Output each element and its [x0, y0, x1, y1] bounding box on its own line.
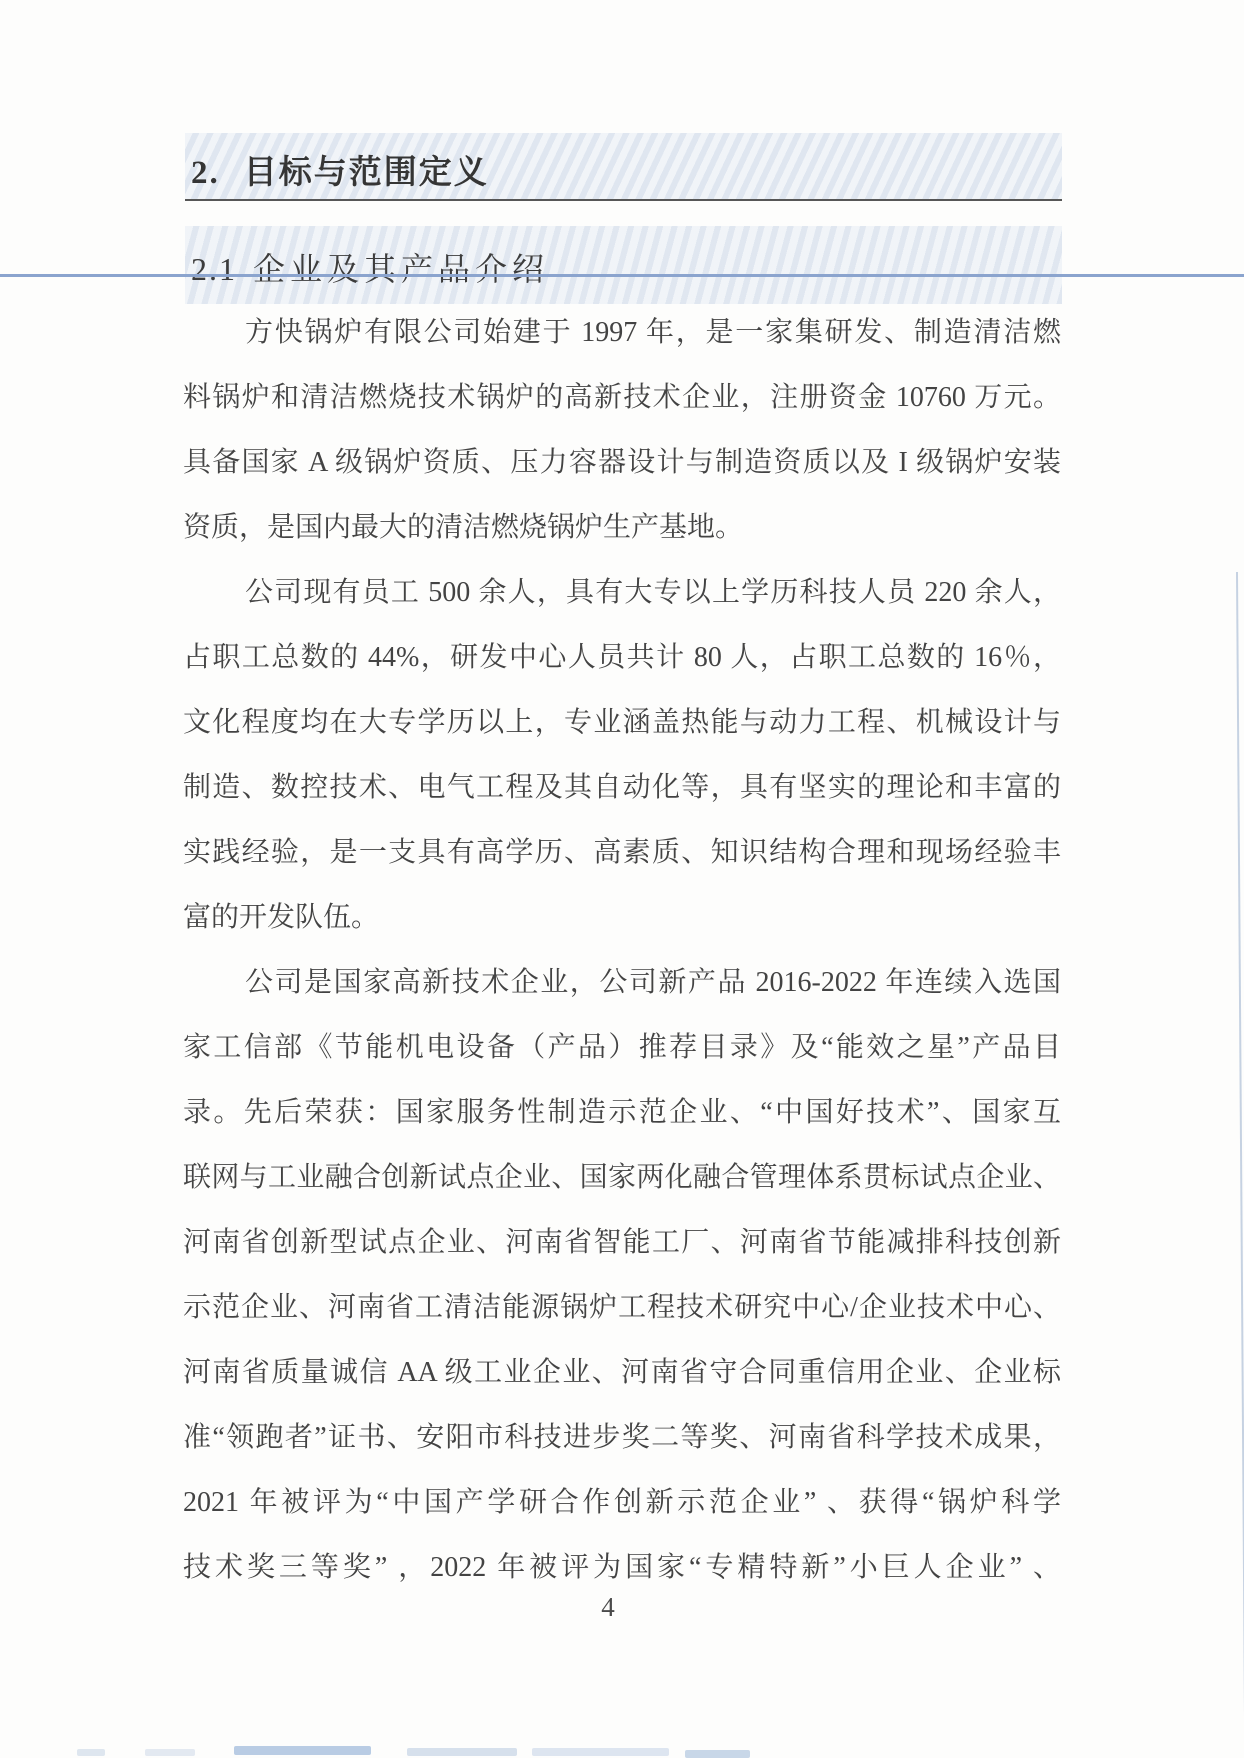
section-title: 目标与范围定义	[244, 155, 489, 191]
text-line: 家工信部《节能机电设备（产品）推荐目录》及“能效之星”产品目	[183, 1015, 1061, 1080]
section-number: 2.	[191, 155, 220, 192]
body-text: 方快锅炉有限公司始建于 1997 年，是一家集研发、制造清洁燃料锅炉和清洁燃烧技…	[183, 300, 1061, 1600]
section-heading-highlight: 2.目标与范围定义	[185, 133, 1062, 201]
text-line: 实践经验，是一支具有高学历、高素质、知识结构合理和现场经验丰	[183, 820, 1061, 885]
subsection-heading-highlight: 2.1企业及其产品介绍	[185, 226, 1062, 304]
text-line: 技术奖三等奖” ，2022 年被评为国家“专精特新”小巨人企业” 、	[183, 1535, 1061, 1600]
scan-artifact	[532, 1748, 669, 1756]
text-line: 文化程度均在大专学历以上，专业涵盖热能与动力工程、机械设计与	[183, 690, 1061, 755]
text-line: 具备国家 A 级锅炉资质、压力容器设计与制造资质以及 I 级锅炉安装	[183, 430, 1061, 495]
section-heading: 2.目标与范围定义	[191, 146, 489, 193]
text-line: 河南省创新型试点企业、河南省智能工厂、河南省节能减排科技创新	[183, 1210, 1061, 1275]
text-line: 示范企业、河南省工清洁能源锅炉工程技术研究中心/企业技术中心、	[183, 1275, 1061, 1340]
text-line: 资质，是国内最大的清洁燃烧锅炉生产基地。	[183, 495, 1061, 560]
text-line: 富的开发队伍。	[183, 885, 1061, 950]
scan-artifact	[145, 1749, 195, 1756]
subsection-number: 2.1	[191, 251, 237, 288]
text-line: 联网与工业融合创新试点企业、国家两化融合管理体系贯标试点企业、	[183, 1145, 1061, 1210]
scan-artifact	[685, 1750, 750, 1758]
document-page: 2.目标与范围定义 2.1企业及其产品介绍 方快锅炉有限公司始建于 1997 年…	[0, 0, 1244, 1758]
text-line: 公司现有员工 500 余人，具有大专以上学历科技人员 220 余人，	[183, 560, 1061, 625]
scan-edge-line	[1236, 572, 1244, 1758]
text-line: 制造、数控技术、电气工程及其自动化等，具有坚实的理论和丰富的	[183, 755, 1061, 820]
text-line: 料锅炉和清洁燃烧技术锅炉的高新技术企业，注册资金 10760 万元。	[183, 365, 1061, 430]
text-line: 录。先后荣获：国家服务性制造示范企业、“中国好技术”、国家互	[183, 1080, 1061, 1145]
scan-artifact	[407, 1748, 517, 1756]
text-line: 准“领跑者”证书、安阳市科技进步奖二等奖、河南省科学技术成果，	[183, 1405, 1061, 1470]
text-line: 2021 年被评为“中国产学研合作创新示范企业” 、获得“锅炉科学	[183, 1470, 1061, 1535]
scan-artifact	[234, 1746, 371, 1755]
horizontal-rule-blue	[0, 274, 1244, 277]
scan-artifact	[77, 1749, 105, 1756]
text-line: 方快锅炉有限公司始建于 1997 年，是一家集研发、制造清洁燃	[183, 300, 1061, 365]
text-line: 河南省质量诚信 AA 级工业企业、河南省守合同重信用企业、企业标	[183, 1340, 1061, 1405]
page-number: 4	[0, 1592, 1216, 1623]
text-line: 占职工总数的 44%，研发中心人员共计 80 人，占职工总数的 16％，	[183, 625, 1061, 690]
text-line: 公司是国家高新技术企业，公司新产品 2016-2022 年连续入选国	[183, 950, 1061, 1015]
subsection-heading: 2.1企业及其产品介绍	[191, 244, 549, 290]
subsection-title: 企业及其产品介绍	[253, 251, 549, 287]
